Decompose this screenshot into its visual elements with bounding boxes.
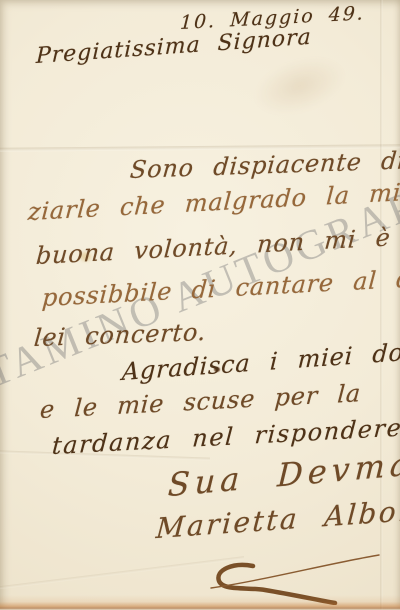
letter-body-line: ziarle che malgrado la mia	[27, 178, 400, 227]
letter-page: TAMINO AUTOGRAPHS 10. Maggio 49. Pregiat…	[0, 0, 400, 610]
letter-valediction: Sua Devma	[167, 444, 400, 504]
letter-body-line: Sono dispiacente di annun	[129, 143, 400, 185]
letter-body-line: possibbile di cantare al di	[41, 264, 400, 313]
signature-flourish	[203, 550, 388, 605]
letter-salutation: Pregiatissima Signora	[36, 25, 313, 71]
ink-smudge	[246, 47, 352, 126]
letter-body-line: buona volontà, non mi è	[35, 223, 392, 271]
letter-body-line: lei concerto.	[33, 318, 208, 353]
